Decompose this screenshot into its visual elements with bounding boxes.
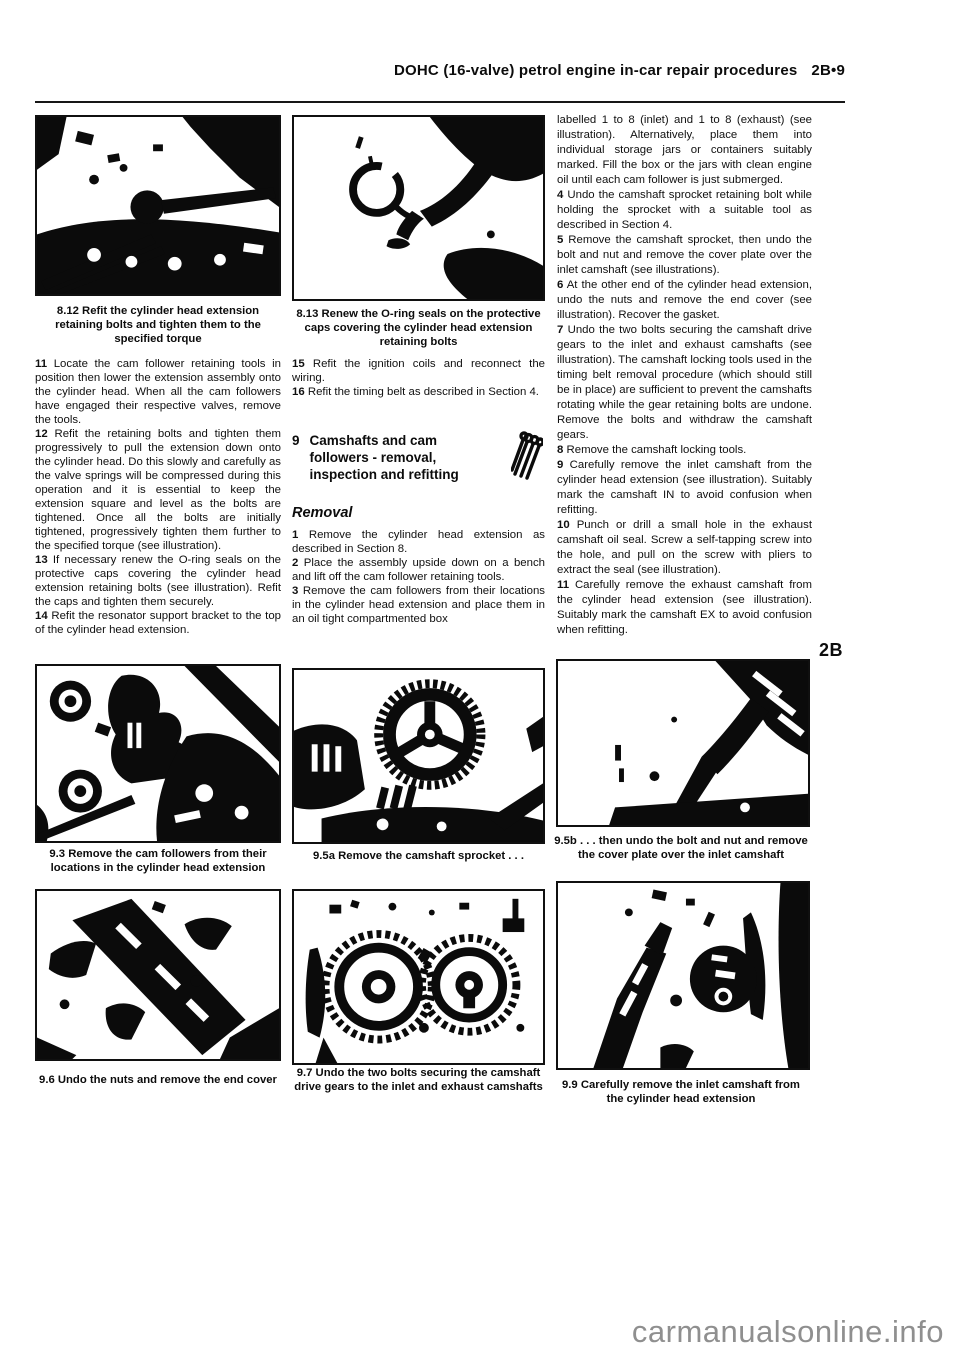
chapter-tab-marker: 2B: [819, 640, 843, 661]
figure-9-9-caption: 9.9 Carefully remove the inlet camshaft …: [552, 1078, 810, 1106]
figure-9-5b: [556, 659, 810, 827]
figure-9-7-caption: 9.7 Undo the two bolts securing the cams…: [292, 1066, 545, 1094]
column-2-text: 15 Refit the ignition coils and reconnec…: [292, 357, 545, 399]
figure-9-5b-caption: 9.5b . . . then undo the bolt and nut an…: [552, 834, 810, 862]
paragraph: 13 If necessary renew the O-ring seals o…: [35, 553, 281, 609]
removal-subheading: Removal: [292, 505, 545, 521]
paragraph: 7 Undo the two bolts securing the camsha…: [557, 323, 812, 443]
page-number: 2B•9: [811, 62, 845, 79]
figure-8-12-caption: 8.12 Refit the cylinder head extension r…: [35, 304, 281, 346]
torque-wrench-photo: [37, 117, 279, 294]
paragraph: 11 Locate the cam follower retaining too…: [35, 357, 281, 427]
figure-9-5a-caption: 9.5a Remove the camshaft sprocket . . .: [292, 849, 545, 863]
figure-8-13: [292, 115, 545, 301]
paragraph: 4 Undo the camshaft sprocket retaining b…: [557, 188, 812, 233]
page-header: DOHC (16-valve) petrol engine in-car rep…: [35, 62, 845, 79]
watermark: carmanualsonline.info: [632, 1314, 944, 1350]
end-cover-removal-photo: [37, 891, 279, 1059]
paragraph: 5 Remove the camshaft sprocket, then und…: [557, 233, 812, 278]
paragraph: 16 Refit the timing belt as described in…: [292, 385, 545, 399]
header-rule: [35, 101, 845, 103]
column-2-removal-text: 1 Remove the cylinder head extension as …: [292, 528, 545, 626]
figure-9-3: [35, 664, 281, 843]
figure-8-13-caption: 8.13 Renew the O-ring seals on the prote…: [292, 307, 545, 349]
section-number: 9: [292, 432, 300, 483]
paragraph: 2 Place the assembly upside down on a be…: [292, 556, 545, 584]
camshaft-sprocket-photo: [294, 670, 543, 842]
section-9-heading: 9 Camshafts and cam followers - removal,…: [292, 432, 545, 494]
paragraph: 1 Remove the cylinder head extension as …: [292, 528, 545, 556]
figure-9-7: [292, 889, 545, 1065]
figure-9-6: [35, 889, 281, 1061]
o-ring-seal-photo: [294, 117, 543, 299]
figure-9-3-caption: 9.3 Remove the cam followers from their …: [35, 847, 281, 875]
column-3-text: labelled 1 to 8 (inlet) and 1 to 8 (exha…: [557, 113, 812, 638]
paragraph: 3 Remove the cam followers from their lo…: [292, 584, 545, 626]
paragraph: 8 Remove the camshaft locking tools.: [557, 443, 812, 458]
header-title: DOHC (16-valve) petrol engine in-car rep…: [394, 62, 797, 79]
paragraph: 10 Punch or drill a small hole in the ex…: [557, 518, 812, 578]
manual-page: DOHC (16-valve) petrol engine in-car rep…: [0, 0, 960, 1362]
column-1-text: 11 Locate the cam follower retaining too…: [35, 357, 281, 637]
paragraph: labelled 1 to 8 (inlet) and 1 to 8 (exha…: [557, 113, 812, 188]
paragraph: 11 Carefully remove the exhaust camshaft…: [557, 578, 812, 638]
wrenches-icon: [511, 428, 543, 480]
cover-plate-removal-photo: [558, 661, 808, 825]
figure-8-12: [35, 115, 281, 296]
paragraph: 14 Refit the resonator support bracket t…: [35, 609, 281, 637]
cam-followers-photo: [37, 666, 279, 841]
paragraph: 12 Refit the retaining bolts and tighten…: [35, 427, 281, 553]
figure-9-5a: [292, 668, 545, 844]
section-title: Camshafts and cam followers - removal, i…: [310, 432, 500, 483]
figure-9-9: [556, 881, 810, 1070]
paragraph: 9 Carefully remove the inlet camshaft fr…: [557, 458, 812, 518]
paragraph: 15 Refit the ignition coils and reconnec…: [292, 357, 545, 385]
figure-9-6-caption: 9.6 Undo the nuts and remove the end cov…: [35, 1073, 281, 1087]
drive-gears-photo: [294, 891, 543, 1063]
paragraph: 6 At the other end of the cylinder head …: [557, 278, 812, 323]
inlet-camshaft-removal-photo: [558, 883, 808, 1068]
